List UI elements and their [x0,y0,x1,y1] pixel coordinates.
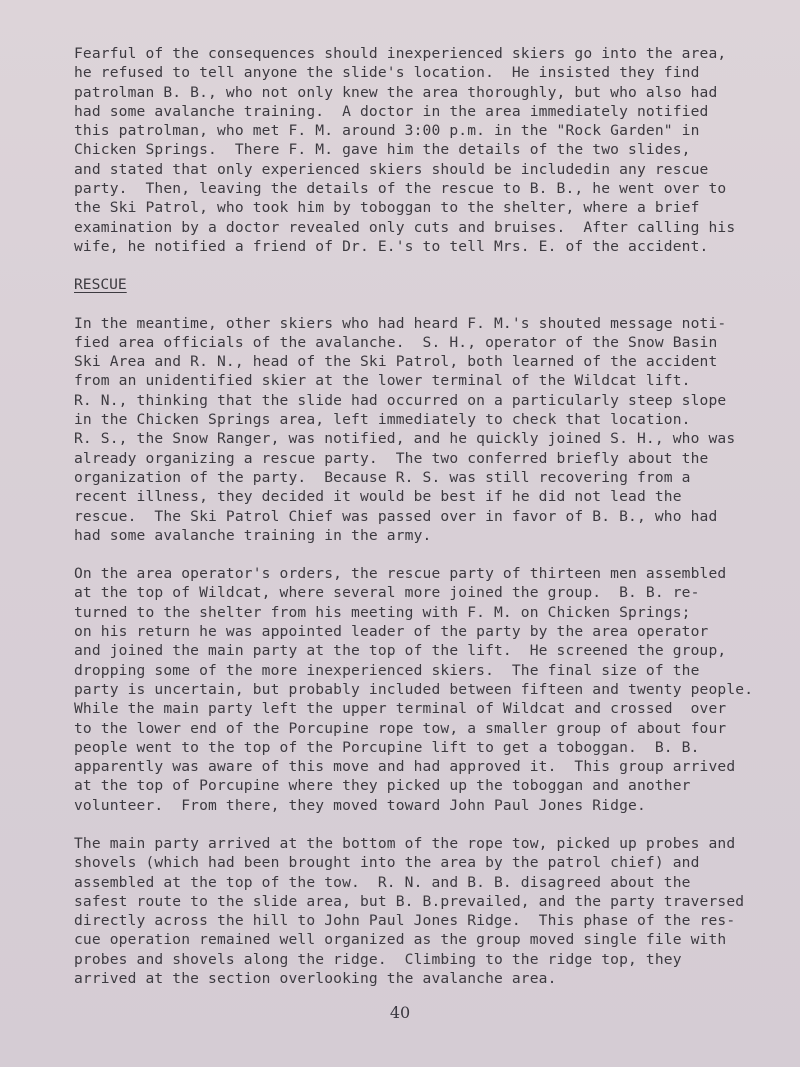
text-line: R. N., thinking that the slide had occur… [74,391,774,410]
text-line: The main party arrived at the bottom of … [74,834,774,853]
text-line: cue operation remained well organized as… [74,930,774,949]
rescue-paragraph-3: The main party arrived at the bottom of … [74,834,774,988]
text-line: the Ski Patrol, who took him by toboggan… [74,198,774,217]
text-line: assembled at the top of the tow. R. N. a… [74,873,774,892]
text-line: on his return he was appointed leader of… [74,622,774,641]
text-line: and stated that only experienced skiers … [74,160,774,179]
text-line: organization of the party. Because R. S.… [74,468,774,487]
text-line: rescue. The Ski Patrol Chief was passed … [74,507,774,526]
rescue-paragraph-2: On the area operator's orders, the rescu… [74,564,774,815]
text-line: he refused to tell anyone the slide's lo… [74,63,774,82]
text-line: arrived at the section overlooking the a… [74,969,774,988]
text-line: at the top of Porcupine where they picke… [74,776,774,795]
text-line: Fearful of the consequences should inexp… [74,44,774,63]
text-line: In the meantime, other skiers who had he… [74,314,774,333]
text-line: recent illness, they decided it would be… [74,487,774,506]
text-line: directly across the hill to John Paul Jo… [74,911,774,930]
rescue-paragraph-1: In the meantime, other skiers who had he… [74,314,774,546]
text-line: and joined the main party at the top of … [74,641,774,660]
text-line: volunteer. From there, they moved toward… [74,796,774,815]
text-line: already organizing a rescue party. The t… [74,449,774,468]
text-line: Ski Area and R. N., head of the Ski Patr… [74,352,774,371]
text-line: Chicken Springs. There F. M. gave him th… [74,140,774,159]
text-line: party is uncertain, but probably include… [74,680,774,699]
text-line: at the top of Wildcat, where several mor… [74,583,774,602]
page-number: 40 [0,1003,800,1022]
text-line: people went to the top of the Porcupine … [74,738,774,757]
section-heading-rescue: RESCUE [74,275,774,294]
text-line: apparently was aware of this move and ha… [74,757,774,776]
intro-paragraph: Fearful of the consequences should inexp… [74,44,774,256]
text-line: safest route to the slide area, but B. B… [74,892,774,911]
text-line: While the main party left the upper term… [74,699,774,718]
text-line: from an unidentified skier at the lower … [74,371,774,390]
text-line: probes and shovels along the ridge. Clim… [74,950,774,969]
text-line: R. S., the Snow Ranger, was notified, an… [74,429,774,448]
text-line: fied area officials of the avalanche. S.… [74,333,774,352]
text-line: patrolman B. B., who not only knew the a… [74,83,774,102]
text-line: this patrolman, who met F. M. around 3:0… [74,121,774,140]
text-line: examination by a doctor revealed only cu… [74,218,774,237]
text-line: wife, he notified a friend of Dr. E.'s t… [74,237,774,256]
text-line: dropping some of the more inexperienced … [74,661,774,680]
text-line: had some avalanche training in the army. [74,526,774,545]
text-line: to the lower end of the Porcupine rope t… [74,719,774,738]
text-line: shovels (which had been brought into the… [74,853,774,872]
text-line: On the area operator's orders, the rescu… [74,564,774,583]
text-line: had some avalanche training. A doctor in… [74,102,774,121]
text-line: turned to the shelter from his meeting w… [74,603,774,622]
text-line: party. Then, leaving the details of the … [74,179,774,198]
document-page: Fearful of the consequences should inexp… [74,44,774,988]
text-line: in the Chicken Springs area, left immedi… [74,410,774,429]
